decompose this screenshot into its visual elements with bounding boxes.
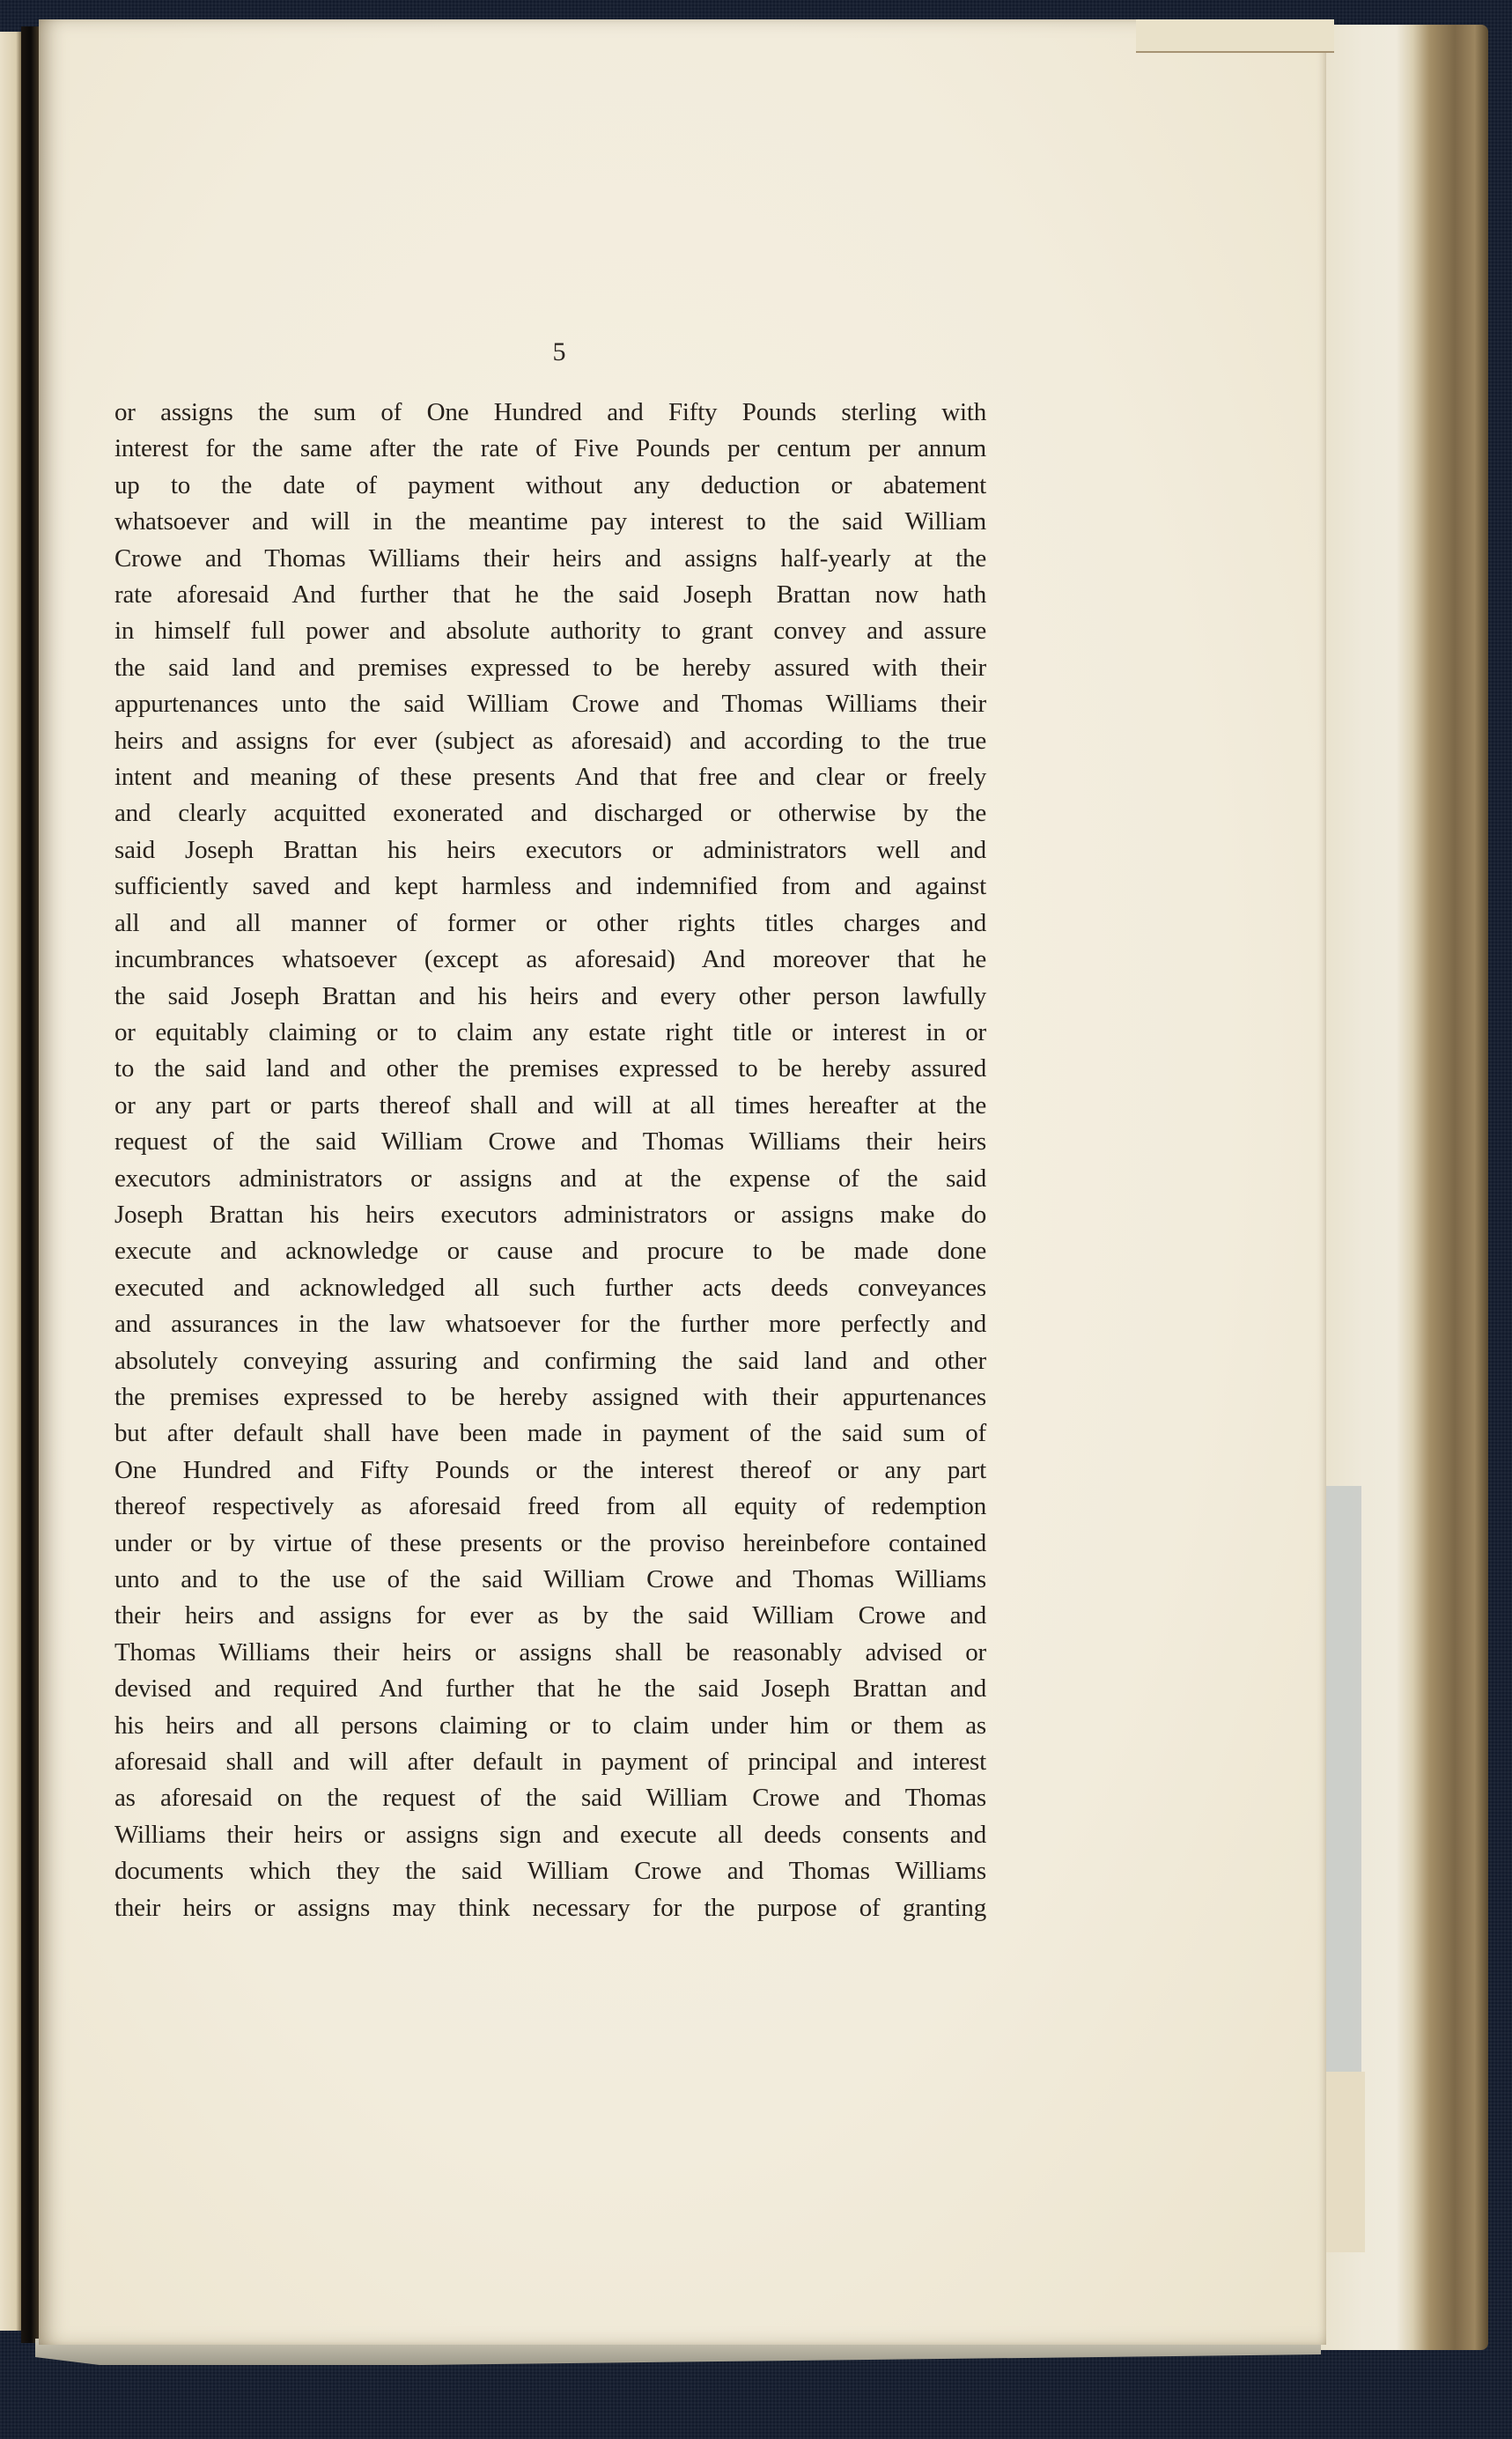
text-line: all and all manner of former or other ri… — [114, 905, 986, 942]
text-line: request of the said William Crowe and Th… — [114, 1124, 986, 1160]
text-line: up to the date of payment without any de… — [114, 468, 986, 504]
text-line: Thomas Williams their heirs or assigns s… — [114, 1635, 986, 1671]
page-top-fold — [1136, 19, 1334, 53]
book-gutter — [21, 26, 41, 2343]
text-line: execute and acknowledge or cause and pro… — [114, 1233, 986, 1269]
text-line: Joseph Brattan his heirs executors admin… — [114, 1197, 986, 1233]
inserted-paper-tab — [1321, 1486, 1361, 2072]
text-line: the premises expressed to be hereby assi… — [114, 1379, 986, 1415]
text-line: or equitably claiming or to claim any es… — [114, 1015, 986, 1051]
text-line: the said land and premises expressed to … — [114, 650, 986, 686]
text-line: whatsoever and will in the meantime pay … — [114, 504, 986, 540]
facing-page-edge — [0, 32, 23, 2331]
page-number: 5 — [546, 337, 572, 367]
text-line: and assurances in the law whatsoever for… — [114, 1306, 986, 1342]
inserted-paper-tab-lower — [1321, 2072, 1365, 2252]
text-line: aforesaid shall and will after default i… — [114, 1744, 986, 1780]
text-line: their heirs or assigns may think necessa… — [114, 1890, 986, 1926]
text-line: under or by virtue of these presents or … — [114, 1526, 986, 1562]
text-line: incumbrances whatsoever (except as afore… — [114, 942, 986, 978]
text-line: rate aforesaid And further that he the s… — [114, 577, 986, 613]
text-line: Williams their heirs or assigns sign and… — [114, 1817, 986, 1853]
text-line: but after default shall have been made i… — [114, 1415, 986, 1452]
text-line: interest for the same after the rate of … — [114, 431, 986, 467]
text-line: sufficiently saved and kept harmless and… — [114, 868, 986, 905]
text-line: unto and to the use of the said William … — [114, 1562, 986, 1598]
text-line: to the said land and other the premises … — [114, 1051, 986, 1087]
text-line: absolutely conveying assuring and confir… — [114, 1343, 986, 1379]
text-line: said Joseph Brattan his heirs executors … — [114, 832, 986, 868]
text-line: documents which they the said William Cr… — [114, 1853, 986, 1889]
text-line: their heirs and assigns for ever as by t… — [114, 1598, 986, 1634]
text-line: executors administrators or assigns and … — [114, 1161, 986, 1197]
text-line: or any part or parts thereof shall and w… — [114, 1088, 986, 1124]
text-line: executed and acknowledged all such furth… — [114, 1270, 986, 1306]
text-line: as aforesaid on the request of the said … — [114, 1780, 986, 1816]
text-line: thereof respectively as aforesaid freed … — [114, 1489, 986, 1525]
text-line: devised and required And further that he… — [114, 1671, 986, 1707]
text-line: appurtenances unto the said William Crow… — [114, 686, 986, 722]
text-line: heirs and assigns for ever (subject as a… — [114, 723, 986, 759]
deed-body-text: or assigns the sum of One Hundred and Fi… — [114, 395, 986, 1926]
text-line: in himself full power and absolute autho… — [114, 613, 986, 649]
text-line: the said Joseph Brattan and his heirs an… — [114, 979, 986, 1015]
text-line: or assigns the sum of One Hundred and Fi… — [114, 395, 986, 431]
text-line: One Hundred and Fifty Pounds or the inte… — [114, 1452, 986, 1489]
text-line: his heirs and all persons claiming or to… — [114, 1708, 986, 1744]
text-line: Crowe and Thomas Williams their heirs an… — [114, 541, 986, 577]
text-line: and clearly acquitted exonerated and dis… — [114, 795, 986, 831]
text-line: intent and meaning of these presents And… — [114, 759, 986, 795]
